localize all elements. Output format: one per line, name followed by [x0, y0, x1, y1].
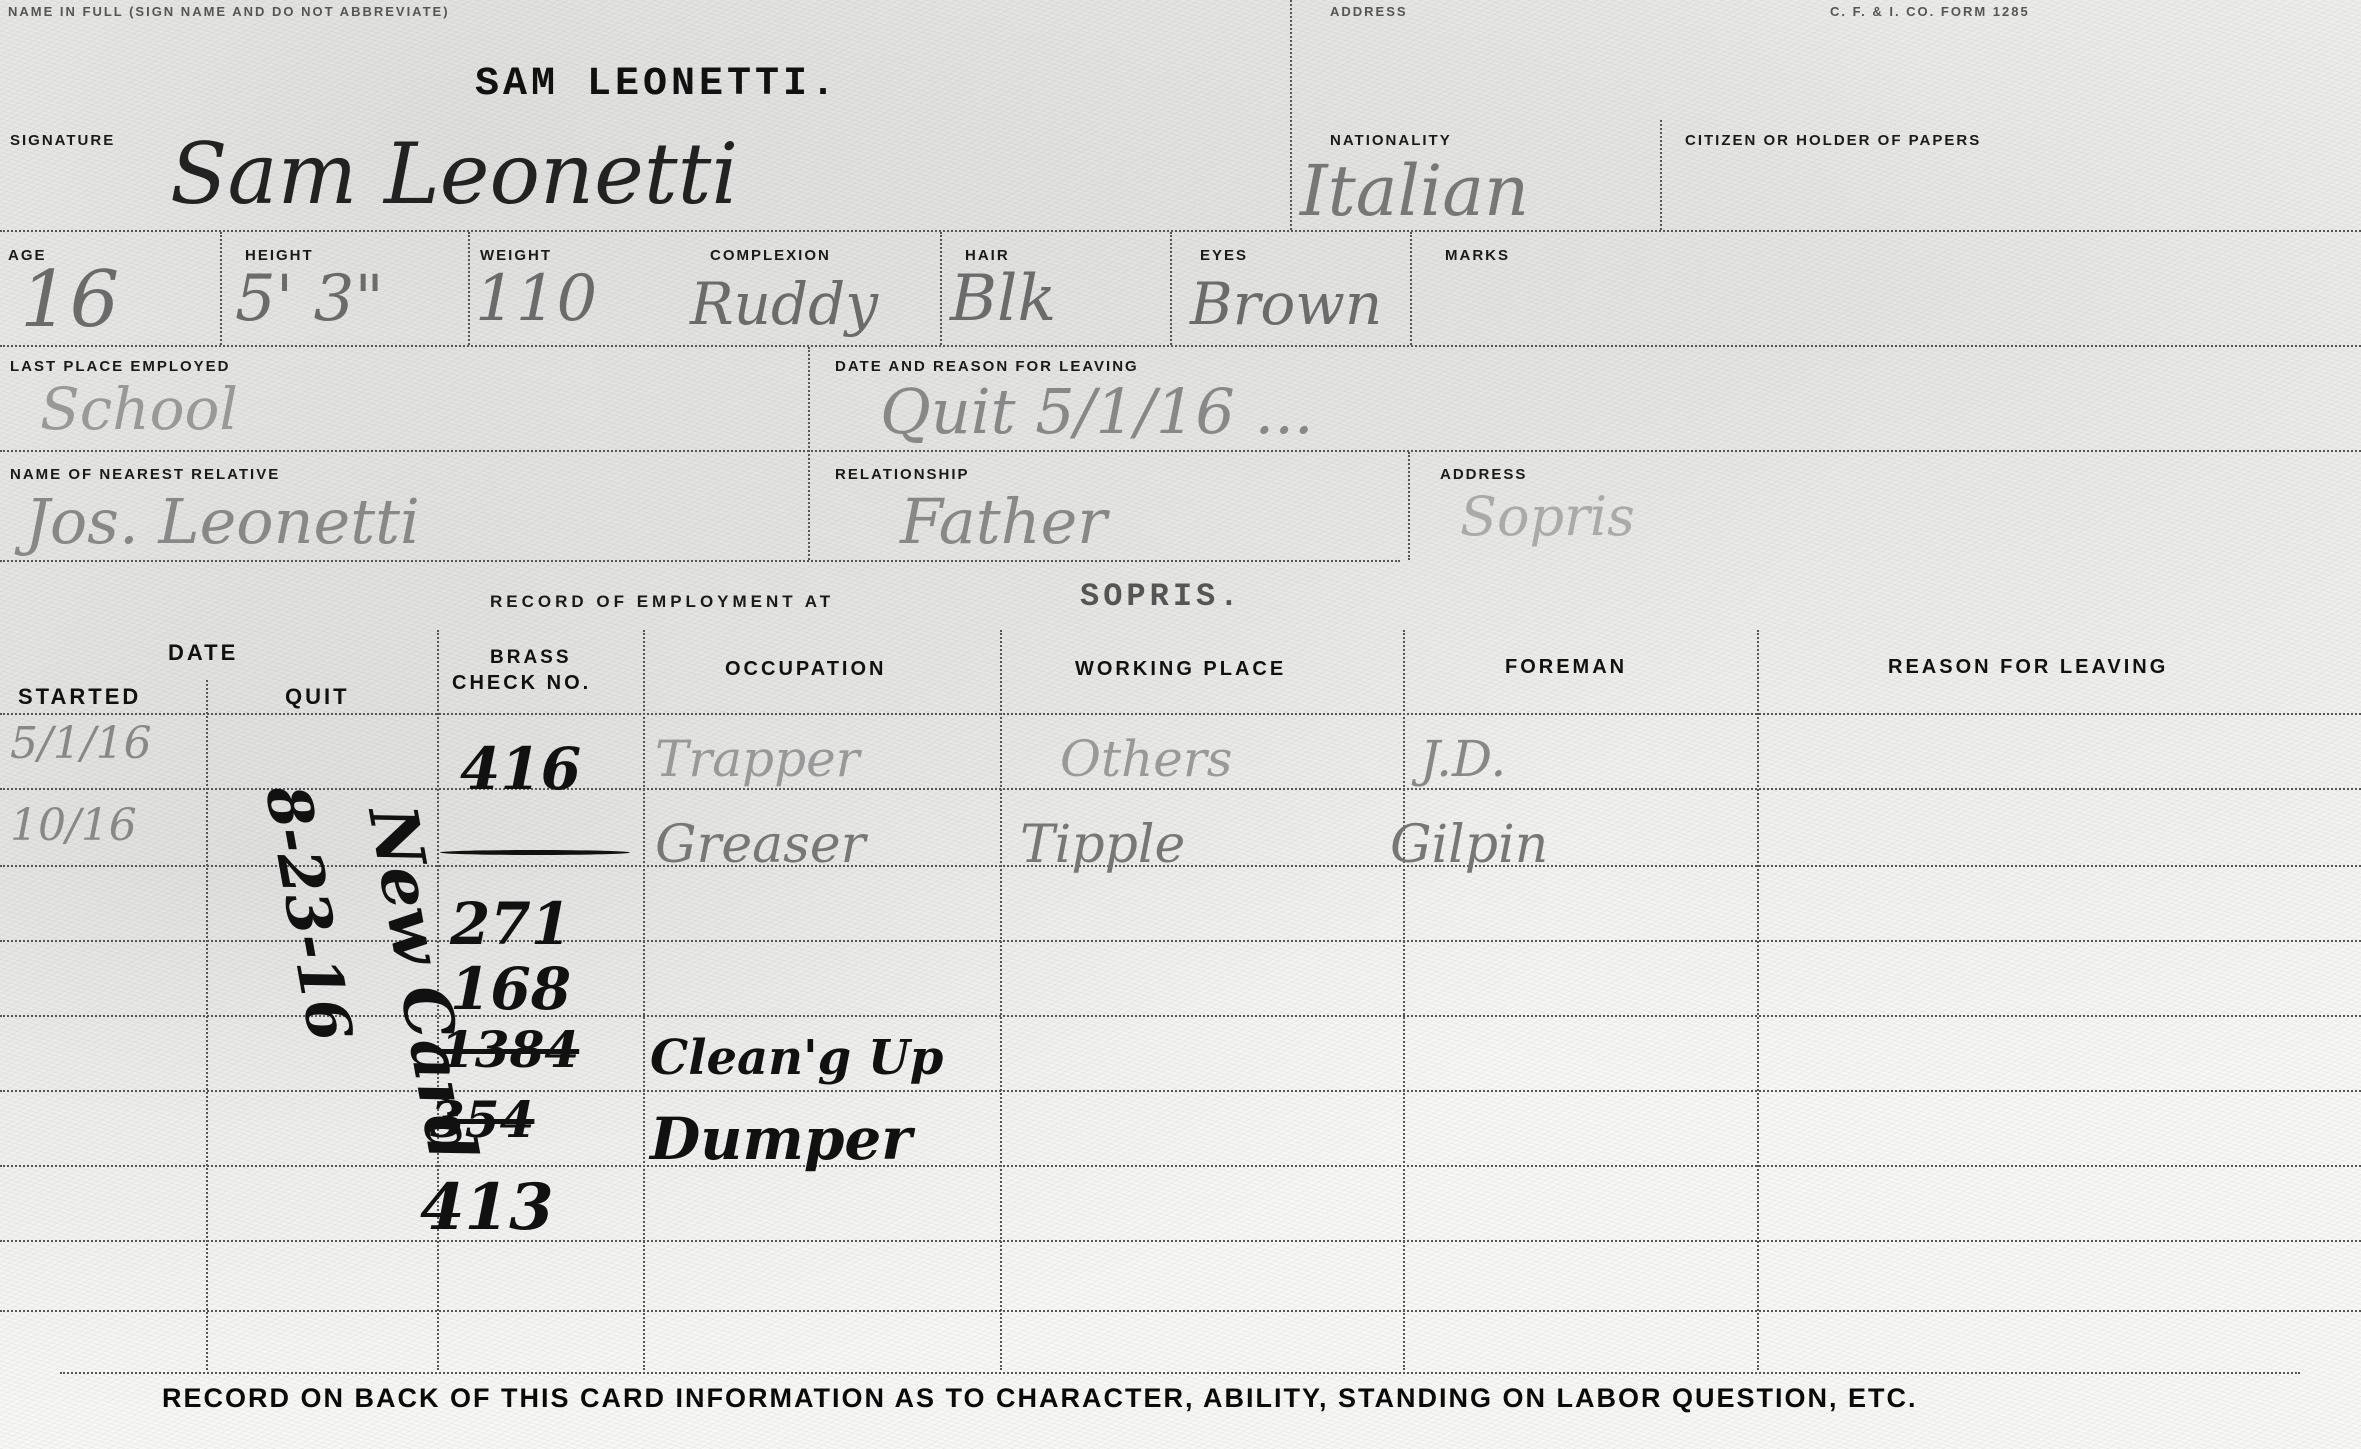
divider — [0, 788, 2361, 790]
divider — [0, 1090, 2361, 1092]
row1-foreman: J.D. — [1420, 730, 1506, 788]
date-reason-value: Quit 5/1/16 ... — [880, 375, 1314, 448]
divider — [0, 560, 1400, 562]
marks-label: Marks — [1445, 247, 1510, 264]
nationality-value: Italian — [1300, 150, 1529, 232]
height-value: 5' 3" — [235, 262, 384, 336]
divider — [0, 1240, 2361, 1242]
col-brass-line1: Brass — [490, 647, 572, 669]
row2-working-place: Tipple — [1020, 815, 1185, 875]
hair-value: Blk — [950, 262, 1056, 336]
relative-address-value: Sopris — [1460, 485, 1635, 548]
divider — [206, 680, 208, 1370]
strike-mark — [440, 850, 630, 855]
divider — [1170, 232, 1172, 345]
divider — [1410, 232, 1412, 345]
col-quit: Quit — [285, 684, 350, 710]
divider — [0, 450, 2361, 452]
row1-started: 5/1/16 — [10, 718, 152, 769]
relative-address-label: Address — [1440, 466, 1527, 483]
nationality-label: Nationality — [1330, 132, 1452, 149]
divider — [220, 232, 222, 345]
footer-instructions: RECORD ON BACK OF THIS CARD INFORMATION … — [162, 1383, 1918, 1414]
papers-label: Citizen or Holder of Papers — [1685, 132, 1981, 149]
divider — [1403, 630, 1405, 1370]
divider — [1000, 630, 1002, 1370]
form-number: C. F. & I. Co. Form 1285 — [1830, 4, 2030, 19]
row2-foreman: Gilpin — [1390, 815, 1548, 875]
signature: Sam Leonetti — [170, 125, 738, 223]
col-brass-line2: Check No. — [452, 672, 591, 695]
divider — [0, 713, 2361, 715]
col-occupation: Occupation — [725, 658, 886, 681]
nearest-relative-label: Name of Nearest Relative — [10, 466, 280, 483]
divider — [60, 1372, 2300, 1374]
complexion-label: Complexion — [710, 247, 831, 264]
row1-working-place: Others — [1060, 730, 1232, 788]
divider — [643, 630, 645, 1370]
col-foreman: Foreman — [1505, 656, 1627, 679]
divider — [1757, 630, 1759, 1370]
divider — [1290, 0, 1292, 230]
last-place-value: School — [40, 375, 238, 443]
name-label: Name in Full (Sign Name and Do Not Abbre… — [8, 4, 450, 19]
divider — [940, 232, 942, 345]
signature-label: Signature — [10, 132, 115, 149]
record-location: SOPRIS. — [1080, 578, 1242, 615]
record-heading: Record of Employment at — [490, 592, 834, 612]
divider — [0, 345, 2361, 347]
address-label: Address — [1330, 4, 1408, 19]
col-started: Started — [18, 684, 141, 710]
relationship-label: Relationship — [835, 466, 970, 483]
row2-started: 10/16 — [10, 800, 137, 851]
occupation-entry: Clean'g Up — [650, 1030, 943, 1086]
check-no-entry: 413 — [420, 1170, 554, 1245]
age-value: 16 — [20, 255, 119, 345]
row2-occupation: Greaser — [655, 815, 866, 875]
date-header: Date — [168, 640, 238, 666]
divider — [0, 1165, 2361, 1167]
divider — [468, 232, 470, 345]
divider — [808, 347, 810, 560]
divider — [0, 230, 2361, 232]
col-reason: Reason for Leaving — [1888, 656, 2168, 679]
complexion-value: Ruddy — [690, 270, 878, 338]
typed-name: SAM LEONETTI. — [475, 62, 839, 107]
check-no-entry: 168 — [450, 955, 571, 1023]
last-place-label: Last Place Employed — [10, 358, 231, 375]
nearest-relative-value: Jos. Leonetti — [25, 485, 420, 558]
eyes-value: Brown — [1190, 270, 1382, 338]
row1-check-no: 416 — [460, 735, 581, 803]
relationship-value: Father — [900, 485, 1107, 558]
employment-card: Name in Full (Sign Name and Do Not Abbre… — [0, 0, 2361, 1449]
divider — [0, 940, 2361, 942]
divider — [1408, 452, 1410, 560]
divider — [1660, 120, 1662, 230]
col-working-place: Working Place — [1075, 658, 1286, 681]
divider — [0, 1310, 2361, 1312]
date-reason-label: Date and Reason for Leaving — [835, 358, 1139, 375]
occupation-entry: Dumper — [650, 1105, 912, 1173]
eyes-label: Eyes — [1200, 247, 1248, 264]
check-no-entry: 271 — [450, 890, 571, 958]
weight-value: 110 — [475, 262, 597, 336]
row1-occupation: Trapper — [655, 730, 860, 788]
vertical-date: 8-23-16 — [251, 780, 365, 1047]
